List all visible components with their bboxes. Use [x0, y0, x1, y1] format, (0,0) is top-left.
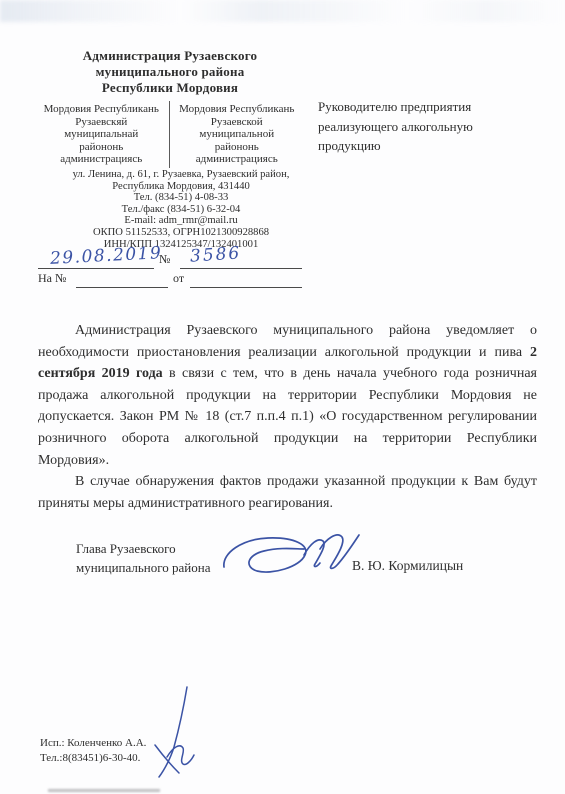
bilingual-right-line-2: Рузаевской [174, 116, 301, 129]
recipient-line-3: продукцию [318, 136, 556, 156]
bilingual-left-line-2: Рузаевскяй [38, 116, 165, 129]
executor-name: Исп.: Коленченко А.А. [40, 736, 146, 751]
org-title-line-1: Администрация Рузаевского [40, 48, 300, 64]
bilingual-left-line-4: райононь [38, 141, 165, 154]
bilingual-left-line-5: администрациясь [38, 153, 165, 166]
number-underline [180, 268, 302, 269]
executor-block: Исп.: Коленченко А.А. Тел.:8(83451)6-30-… [40, 736, 146, 765]
reply-to-label: На № [38, 271, 66, 286]
bilingual-right-line-4: райононь [174, 141, 301, 154]
director-signature-handwriting [220, 527, 362, 585]
reply-from-label: от [173, 271, 184, 286]
letter-body: Администрация Рузаевского муниципального… [38, 320, 537, 514]
signatory-title-line-1: Глава Рузаевского [76, 539, 210, 558]
body-p1-run-3: в связи с тем, что в день начала учебног… [38, 366, 537, 467]
handwritten-outgoing-number: 3586 [189, 243, 242, 267]
address-line-street: ул. Ленина, д. 61, г. Рузаевка, Рузаевск… [36, 169, 326, 181]
signatory-title: Глава Рузаевского муниципального района [76, 539, 210, 577]
recipient-block: Руководителю предприятия реализующего ал… [318, 97, 556, 156]
scan-artifact-top [0, 0, 565, 22]
recipient-line-1: Руководителю предприятия [318, 97, 556, 117]
scanned-letter-page: Администрация Рузаевского муниципального… [0, 0, 565, 794]
signatory-title-line-2: муниципального района [76, 558, 210, 577]
body-p1-run-1: Администрация Рузаевского муниципального… [38, 323, 537, 360]
address-line-region: Республика Мордовия, 431440 [36, 181, 326, 193]
address-line-fax: Тел./факс (834-51) 6-32-04 [36, 204, 326, 216]
org-title-line-2: муниципального района [40, 64, 300, 80]
date-underline [38, 268, 154, 269]
address-line-phone: Тел. (834-51) 4-08-33 [36, 192, 326, 204]
address-block: ул. Ленина, д. 61, г. Рузаевка, Рузаевск… [36, 169, 326, 250]
bilingual-right-line-1: Мордовия Республикань [174, 103, 301, 116]
address-line-okpo-ogrn: ОКПО 51152533, ОГРН1021300928868 [36, 227, 326, 239]
reply-date-underline [190, 287, 302, 288]
org-title: Администрация Рузаевского муниципального… [40, 48, 300, 96]
reply-number-underline [76, 287, 168, 288]
bilingual-right-column: Мордовия Республикань Рузаевской муницип… [169, 101, 305, 168]
executor-paraph-handwriting [147, 685, 209, 781]
bilingual-left-line-3: муниципальнай [38, 128, 165, 141]
address-line-email: E-mail: adm_rmr@mail.ru [36, 215, 326, 227]
bilingual-right-line-5: администрациясь [174, 153, 301, 166]
bilingual-left-column: Мордовия Республикань Рузаевскяй муницип… [34, 101, 169, 168]
bilingual-right-line-3: муниципальной [174, 128, 301, 141]
org-title-line-3: Республики Мордовия [40, 80, 300, 96]
executor-phone: Тел.:8(83451)6-30-40. [40, 751, 146, 766]
bilingual-left-line-1: Мордовия Республикань [38, 103, 165, 116]
number-sign-label: № [159, 252, 170, 267]
body-paragraph-1: Администрация Рузаевского муниципального… [38, 320, 537, 471]
bilingual-name-block: Мордовия Республикань Рузаевскяй муницип… [34, 101, 304, 168]
signatory-name: В. Ю. Кормилицын [352, 558, 463, 574]
body-paragraph-2: В случае обнаружения фактов продажи указ… [38, 471, 537, 514]
recipient-line-2: реализующего алкогольную [318, 117, 556, 137]
scan-artifact-bottom [48, 789, 160, 792]
body-p2-run-1: В случае обнаружения фактов продажи указ… [38, 474, 537, 511]
